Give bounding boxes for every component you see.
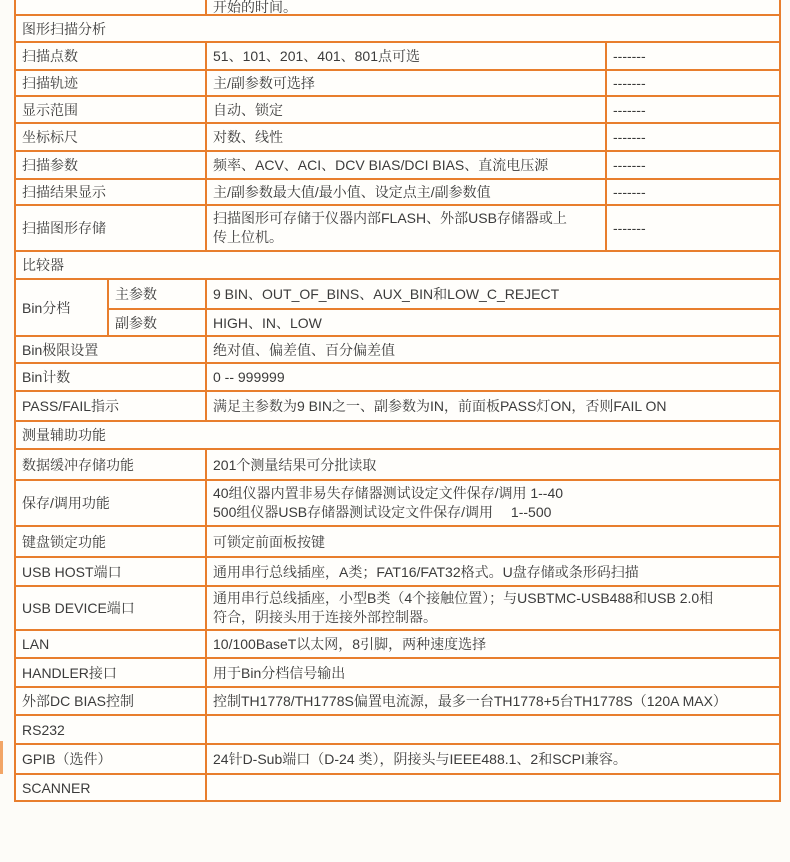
row-label: RS232 [15, 715, 206, 744]
row-label: 键盘锁定功能 [15, 526, 206, 557]
table-row-scan-points: 扫描点数 51、101、201、401、801点可选 ------- [15, 42, 780, 70]
table-row-usb-host: USB HOST端口 通用串行总线插座，A类；FAT16/FAT32格式。U盘存… [15, 557, 780, 586]
table-row-buffer: 数据缓冲存储功能 201个测量结果可分批读取 [15, 449, 780, 480]
table-row-save-recall: 保存/调用功能 40组仪器内置非易失存储器测试设定文件保存/调用 1--40 5… [15, 480, 780, 526]
table-row-scanner: SCANNER [15, 774, 780, 801]
row-value: 通用串行总线插座，A类；FAT16/FAT32格式。U盘存储或条形码扫描 [206, 557, 780, 586]
row-label: HANDLER接口 [15, 658, 206, 687]
section-title-graph-scan: 图形扫描分析 [15, 15, 780, 42]
dash-cell: ------- [606, 179, 780, 205]
table-row-key-lock: 键盘锁定功能 可锁定前面板按键 [15, 526, 780, 557]
row-label: 显示范围 [15, 96, 206, 123]
table-row-display-range: 显示范围 自动、锁定 ------- [15, 96, 780, 123]
page-edge-mark [0, 741, 3, 774]
row-value: 10/100BaseT以太网，8引脚，两种速度选择 [206, 630, 780, 658]
row-value: 主/副参数最大值/最小值、设定点主/副参数值 [206, 179, 606, 205]
table-row-bin-primary: Bin分档 主参数 9 BIN、OUT_OF_BINS、AUX_BIN和LOW_… [15, 279, 780, 309]
row-label: Bin极限设置 [15, 336, 206, 363]
row-label-partial [15, 0, 206, 15]
row-label: 坐标标尺 [15, 123, 206, 151]
row-sublabel: 主参数 [108, 279, 206, 309]
dash-cell: ------- [606, 70, 780, 96]
row-value: 主/副参数可选择 [206, 70, 606, 96]
row-value: 201个测量结果可分批读取 [206, 449, 780, 480]
row-value [206, 715, 780, 744]
row-value-partial: 开始的时间。 [206, 0, 780, 15]
row-label: SCANNER [15, 774, 206, 801]
row-value: 对数、线性 [206, 123, 606, 151]
row-label: 保存/调用功能 [15, 480, 206, 526]
table-row-rs232: RS232 [15, 715, 780, 744]
row-value: 51、101、201、401、801点可选 [206, 42, 606, 70]
row-sublabel: 副参数 [108, 309, 206, 336]
row-value: 通用串行总线插座，小型B类（4个接触位置）；与USBTMC-USB488和USB… [206, 586, 780, 630]
row-value: 可锁定前面板按键 [206, 526, 780, 557]
dash-cell: ------- [606, 123, 780, 151]
dash-cell: ------- [606, 151, 780, 179]
table-row-lan: LAN 10/100BaseT以太网，8引脚，两种速度选择 [15, 630, 780, 658]
row-label: 扫描结果显示 [15, 179, 206, 205]
table-row-pass-fail: PASS/FAIL指示 满足主参数为9 BIN之一、副参数为IN，前面板PASS… [15, 391, 780, 421]
row-value [206, 774, 780, 801]
row-label: 扫描轨迹 [15, 70, 206, 96]
spec-table: 开始的时间。 图形扫描分析 扫描点数 51、101、201、401、801点可选… [14, 0, 781, 802]
table-row-bin-limit: Bin极限设置 绝对值、偏差值、百分偏差值 [15, 336, 780, 363]
dash-cell: ------- [606, 96, 780, 123]
row-value: 频率、ACV、ACI、DCV BIAS/DCI BIAS、直流电压源 [206, 151, 606, 179]
row-value: 满足主参数为9 BIN之一、副参数为IN，前面板PASS灯ON，否则FAIL O… [206, 391, 780, 421]
row-label: 扫描图形存储 [15, 205, 206, 251]
row-value: 9 BIN、OUT_OF_BINS、AUX_BIN和LOW_C_REJECT [206, 279, 780, 309]
row-value: 绝对值、偏差值、百分偏差值 [206, 336, 780, 363]
row-label: Bin计数 [15, 363, 206, 391]
table-row-bin-count: Bin计数 0 -- 999999 [15, 363, 780, 391]
row-label: LAN [15, 630, 206, 658]
table-row-scan-result: 扫描结果显示 主/副参数最大值/最小值、设定点主/副参数值 ------- [15, 179, 780, 205]
row-label-bin-group: Bin分档 [15, 279, 108, 336]
row-label: 外部DC BIAS控制 [15, 687, 206, 715]
row-label: GPIB（选件） [15, 744, 206, 774]
row-label: 扫描点数 [15, 42, 206, 70]
row-value: 40组仪器内置非易失存储器测试设定文件保存/调用 1--40 500组仪器USB… [206, 480, 780, 526]
table-row-handler: HANDLER接口 用于Bin分档信号输出 [15, 658, 780, 687]
row-value: 自动、锁定 [206, 96, 606, 123]
row-value: 24针D-Sub端口（D-24 类），阴接头与IEEE488.1、2和SCPI兼… [206, 744, 780, 774]
row-label: PASS/FAIL指示 [15, 391, 206, 421]
table-row-axis-scale: 坐标标尺 对数、线性 ------- [15, 123, 780, 151]
dash-cell: ------- [606, 205, 780, 251]
dash-cell: ------- [606, 42, 780, 70]
table-row-scan-storage: 扫描图形存储 扫描图形可存储于仪器内部FLASH、外部USB存储器或上 传上位机… [15, 205, 780, 251]
section-title-comparator: 比较器 [15, 251, 780, 279]
table-row-partial: 开始的时间。 [15, 0, 780, 15]
row-value: HIGH、IN、LOW [206, 309, 780, 336]
table-row-usb-device: USB DEVICE端口 通用串行总线插座，小型B类（4个接触位置）；与USBT… [15, 586, 780, 630]
section-title-aux: 测量辅助功能 [15, 421, 780, 449]
table-row-dc-bias: 外部DC BIAS控制 控制TH1778/TH1778S偏置电流源，最多一台TH… [15, 687, 780, 715]
section-row-aux: 测量辅助功能 [15, 421, 780, 449]
row-label: 扫描参数 [15, 151, 206, 179]
table-row-gpib: GPIB（选件） 24针D-Sub端口（D-24 类），阴接头与IEEE488.… [15, 744, 780, 774]
row-value: 扫描图形可存储于仪器内部FLASH、外部USB存储器或上 传上位机。 [206, 205, 606, 251]
row-label: USB HOST端口 [15, 557, 206, 586]
row-value: 控制TH1778/TH1778S偏置电流源，最多一台TH1778+5台TH177… [206, 687, 780, 715]
row-value: 用于Bin分档信号输出 [206, 658, 780, 687]
row-label: USB DEVICE端口 [15, 586, 206, 630]
section-row-graph-scan: 图形扫描分析 [15, 15, 780, 42]
table-row-scan-params: 扫描参数 频率、ACV、ACI、DCV BIAS/DCI BIAS、直流电压源 … [15, 151, 780, 179]
section-row-comparator: 比较器 [15, 251, 780, 279]
row-value: 0 -- 999999 [206, 363, 780, 391]
table-row-bin-secondary: 副参数 HIGH、IN、LOW [15, 309, 780, 336]
row-label: 数据缓冲存储功能 [15, 449, 206, 480]
table-row-scan-trace: 扫描轨迹 主/副参数可选择 ------- [15, 70, 780, 96]
